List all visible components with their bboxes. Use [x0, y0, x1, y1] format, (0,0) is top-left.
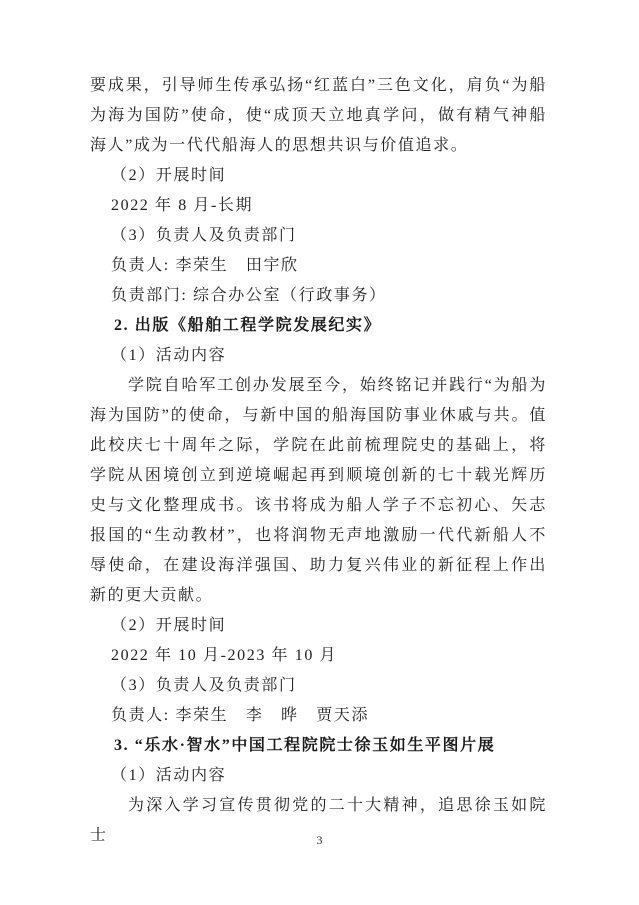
list-line-responsible-person-2: 负责人: 李荣生 李 晔 贾天添 [90, 701, 547, 731]
list-line-responsible-header-1: （3）负责人及负责部门 [90, 221, 547, 251]
list-line-kickoff-time-1: （2）开展时间 [90, 161, 547, 191]
document-page: 要成果，引导师生传承弘扬“红蓝白”三色文化，肩负“为船为海为国防”使命，使“成顶… [0, 0, 639, 905]
list-line-activity-content-2: （1）活动内容 [90, 341, 547, 371]
list-line-responsible-header-2: （3）负责人及负责部门 [90, 671, 547, 701]
list-line-date-1: 2022 年 8 月-长期 [90, 191, 547, 221]
paragraph-activity-2: 学院自哈军工创办发展至今，始终铭记并践行“为船为海为国防”的使命，与新中国的船海… [90, 371, 547, 611]
list-line-kickoff-time-2: （2）开展时间 [90, 611, 547, 641]
paragraph-continued: 要成果，引导师生传承弘扬“红蓝白”三色文化，肩负“为船为海为国防”使命，使“成顶… [90, 71, 547, 161]
list-line-responsible-person-1: 负责人: 李荣生 田宇欣 [90, 251, 547, 281]
list-line-responsible-dept-1: 负责部门: 综合办公室（行政事务） [90, 281, 547, 311]
section-heading-2: 2. 出版《船舶工程学院发展纪实》 [90, 311, 547, 341]
section-heading-3: 3. “乐水·智水”中国工程院院士徐玉如生平图片展 [90, 731, 547, 761]
list-line-date-2: 2022 年 10 月-2023 年 10 月 [90, 641, 547, 671]
list-line-activity-content-3: （1）活动内容 [90, 761, 547, 791]
page-number: 3 [0, 833, 639, 847]
